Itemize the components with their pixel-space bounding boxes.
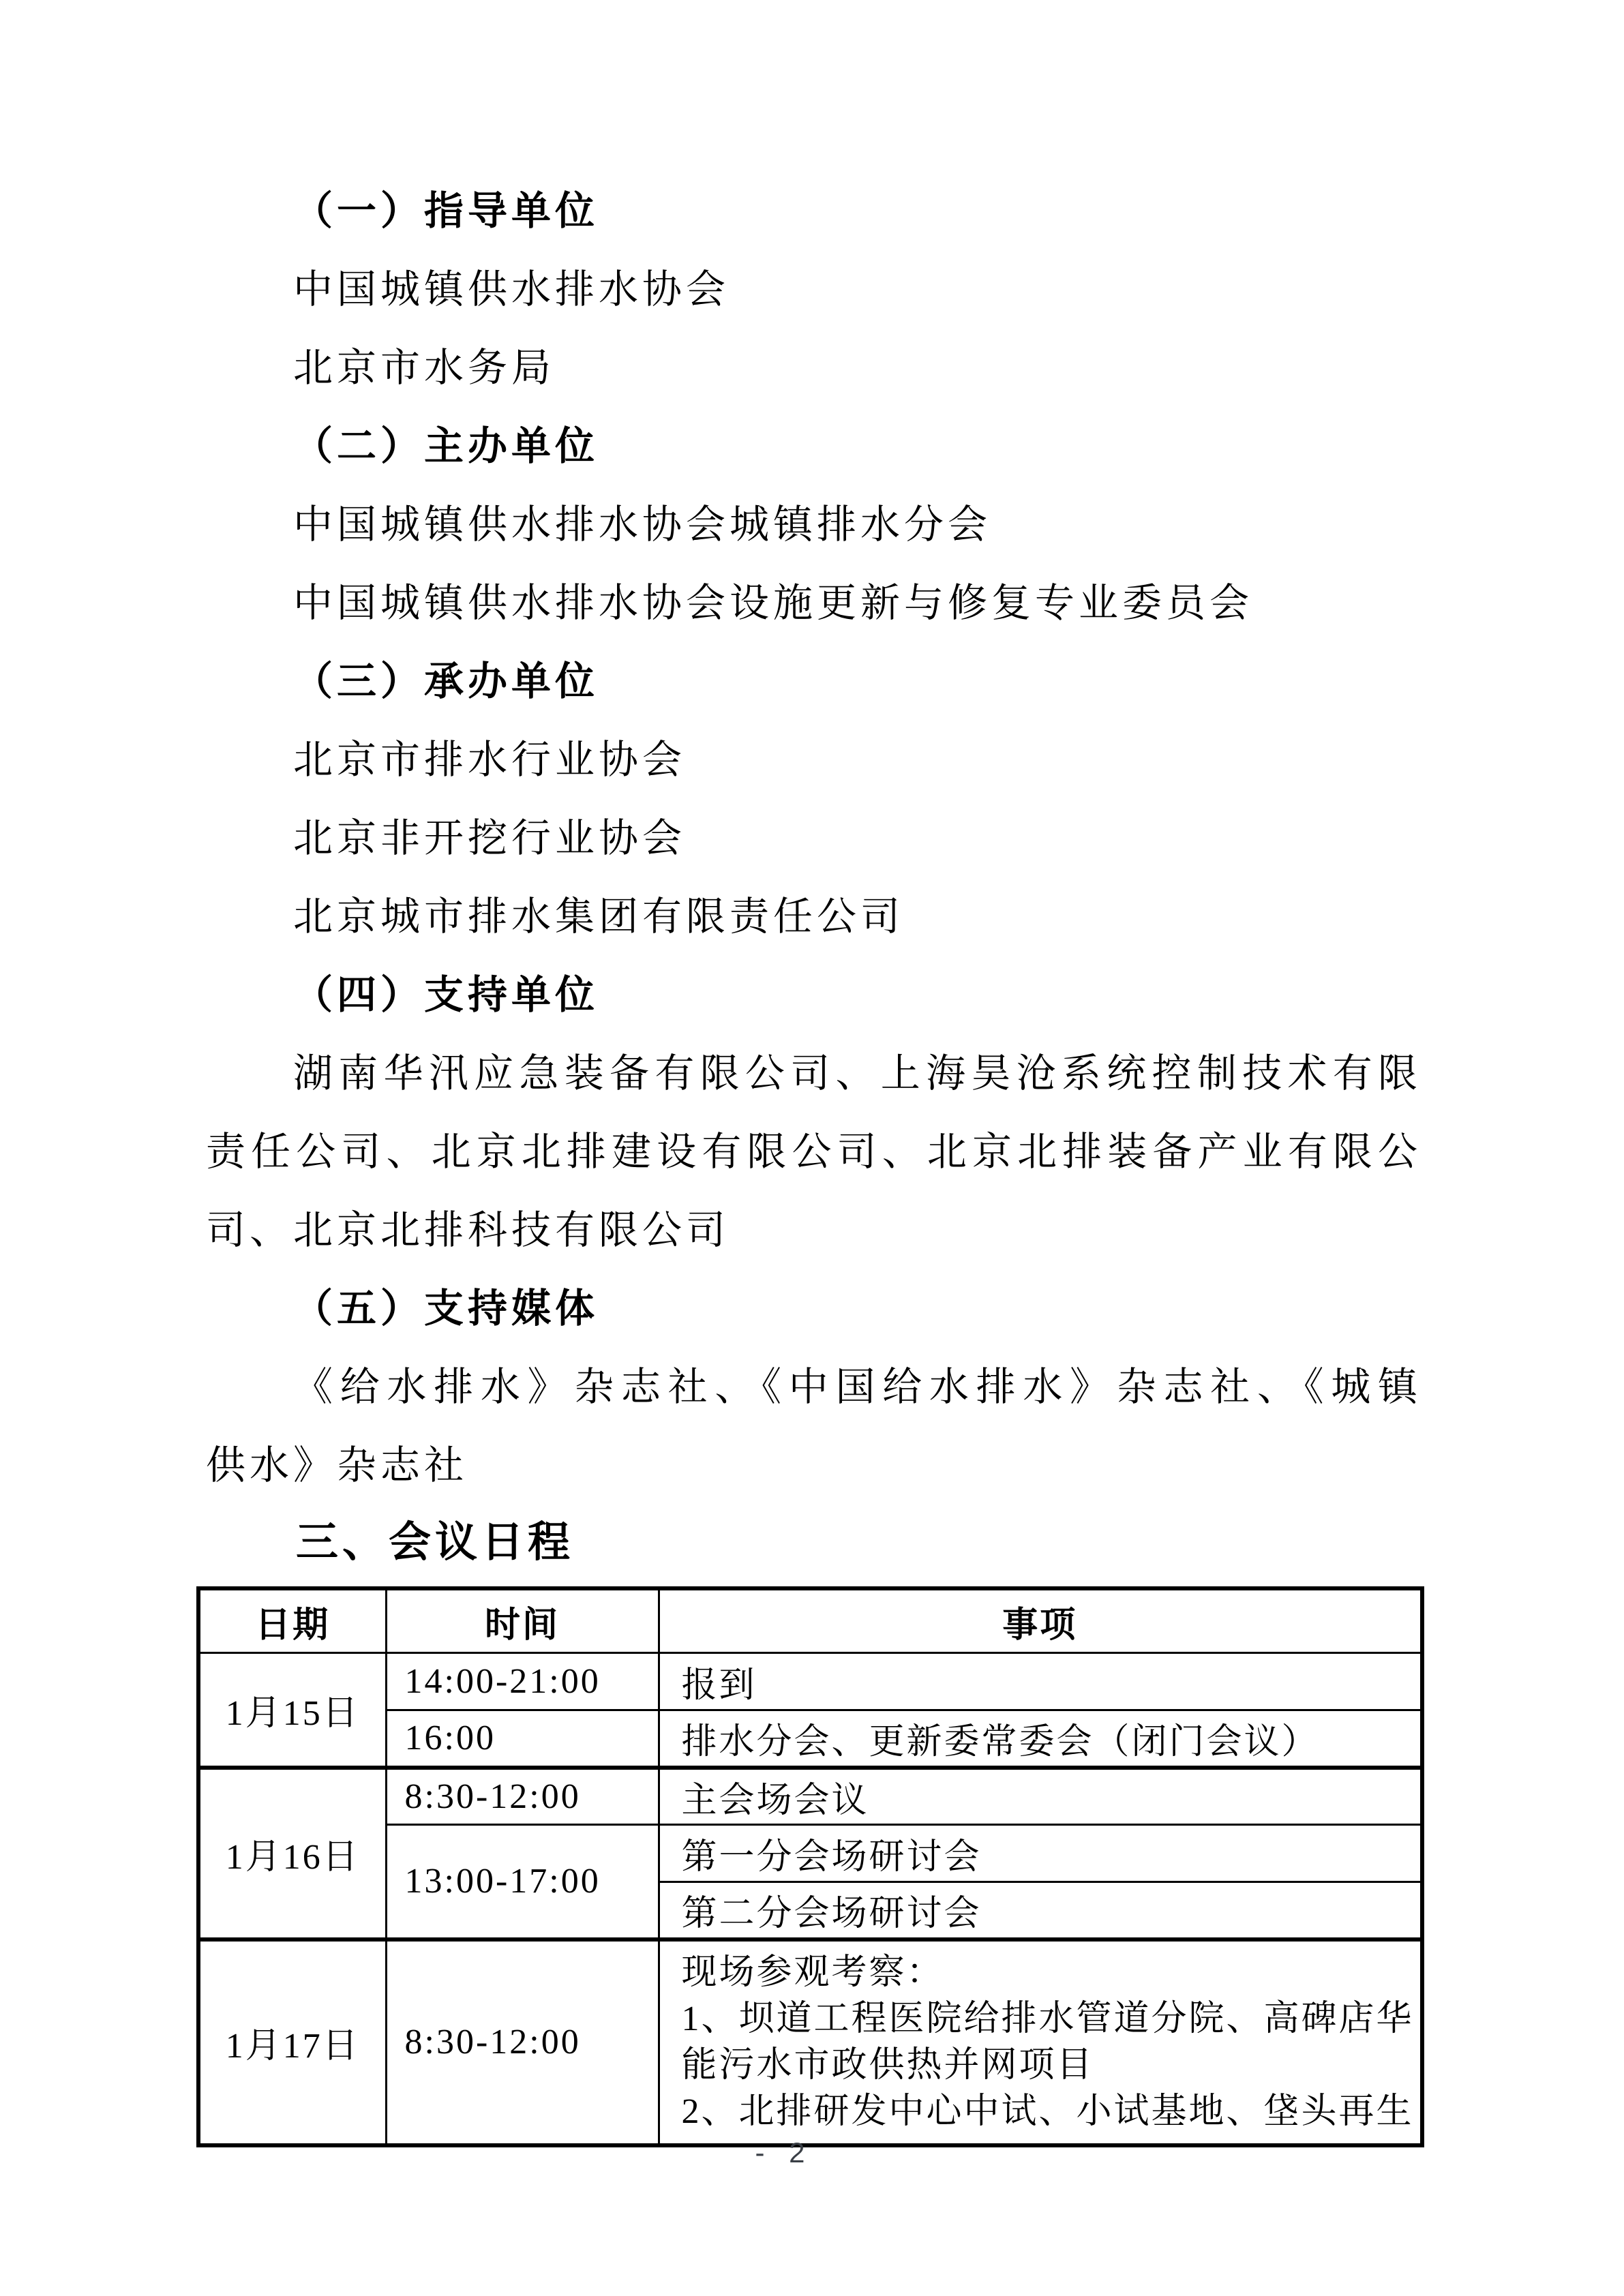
support-media-line: 《给水排水》杂志社、《中国给水排水》杂志社、《城镇 (206, 1348, 1422, 1426)
col-header-date: 日期 (198, 1588, 386, 1653)
org-line: 中国城镇供水排水协会 (206, 250, 1422, 329)
org-line: 北京市水务局 (206, 329, 1422, 407)
table-row: 1月16日 8:30-12:00 主会场会议 (198, 1768, 1422, 1825)
organizer-text-block: （一）指导单位 中国城镇供水排水协会 北京市水务局 （二）主办单位 中国城镇供水… (206, 172, 1422, 2147)
support-units-line: 湖南华汛应急装备有限公司、上海昊沧系统控制技术有限 (206, 1034, 1422, 1113)
section-heading-agenda: 三、会议日程 (206, 1505, 1422, 1581)
document-page: （一）指导单位 中国城镇供水排水协会 北京市水务局 （二）主办单位 中国城镇供水… (0, 0, 1624, 2296)
time-cell: 8:30-12:00 (386, 1768, 659, 1825)
heading-host-units: （二）主办单位 (206, 407, 1422, 485)
org-line: 北京非开挖行业协会 (206, 799, 1422, 877)
time-cell: 13:00-17:00 (386, 1825, 659, 1939)
date-cell: 1月17日 (198, 1939, 386, 2145)
time-cell: 8:30-12:00 (386, 1939, 659, 2145)
table-row: 1月17日 8:30-12:00 现场参观考察： 1、坝道工程医院给排水管道分院… (198, 1939, 1422, 2145)
item-cell: 排水分会、更新委常委会（闭门会议） (659, 1710, 1422, 1768)
support-units-line: 司、北京北排科技有限公司 (206, 1191, 1422, 1269)
site-visit-block: 现场参观考察： 1、坝道工程医院给排水管道分院、高碑店华 能污水市政供热并网项目… (682, 1942, 1421, 2143)
date-cell: 1月15日 (198, 1653, 386, 1768)
table-row: 1月15日 14:00-21:00 报到 (198, 1653, 1422, 1710)
item-cell: 报到 (659, 1653, 1422, 1710)
org-line: 北京城市排水集团有限责任公司 (206, 877, 1422, 956)
org-line: 中国城镇供水排水协会城镇排水分会 (206, 485, 1422, 564)
heading-organizer-units: （三）承办单位 (206, 642, 1422, 721)
time-cell: 14:00-21:00 (386, 1653, 659, 1710)
col-header-time: 时间 (386, 1588, 659, 1653)
item-line: 能污水市政供热并网项目 (682, 2042, 1421, 2089)
item-cell: 第一分会场研讨会 (659, 1825, 1422, 1882)
page-number: - 2 (0, 2132, 1568, 2173)
date-cell: 1月16日 (198, 1768, 386, 1939)
item-line: 1、坝道工程医院给排水管道分院、高碑店华 (682, 1996, 1421, 2042)
org-line: 中国城镇供水排水协会设施更新与修复专业委员会 (206, 564, 1422, 642)
support-media-line: 供水》杂志社 (206, 1426, 1422, 1505)
item-cell: 现场参观考察： 1、坝道工程医院给排水管道分院、高碑店华 能污水市政供热并网项目… (659, 1939, 1422, 2145)
heading-guidance-units: （一）指导单位 (206, 172, 1422, 250)
col-header-item: 事项 (659, 1588, 1422, 1653)
heading-support-media: （五）支持媒体 (206, 1269, 1422, 1348)
support-units-line: 责任公司、北京北排建设有限公司、北京北排装备产业有限公 (206, 1113, 1422, 1191)
time-cell: 16:00 (386, 1710, 659, 1768)
table-header-row: 日期 时间 事项 (198, 1588, 1422, 1653)
item-cell: 第二分会场研讨会 (659, 1882, 1422, 1939)
org-line: 北京市排水行业协会 (206, 721, 1422, 799)
item-cell: 主会场会议 (659, 1768, 1422, 1825)
item-line: 现场参观考察： (682, 1950, 1421, 1996)
agenda-table: 日期 时间 事项 1月15日 14:00-21:00 报到 16:00 排水分会… (196, 1586, 1424, 2147)
item-line: 2、北排研发中心中试、小试基地、垡头再生 (682, 2089, 1421, 2135)
heading-support-units: （四）支持单位 (206, 956, 1422, 1034)
